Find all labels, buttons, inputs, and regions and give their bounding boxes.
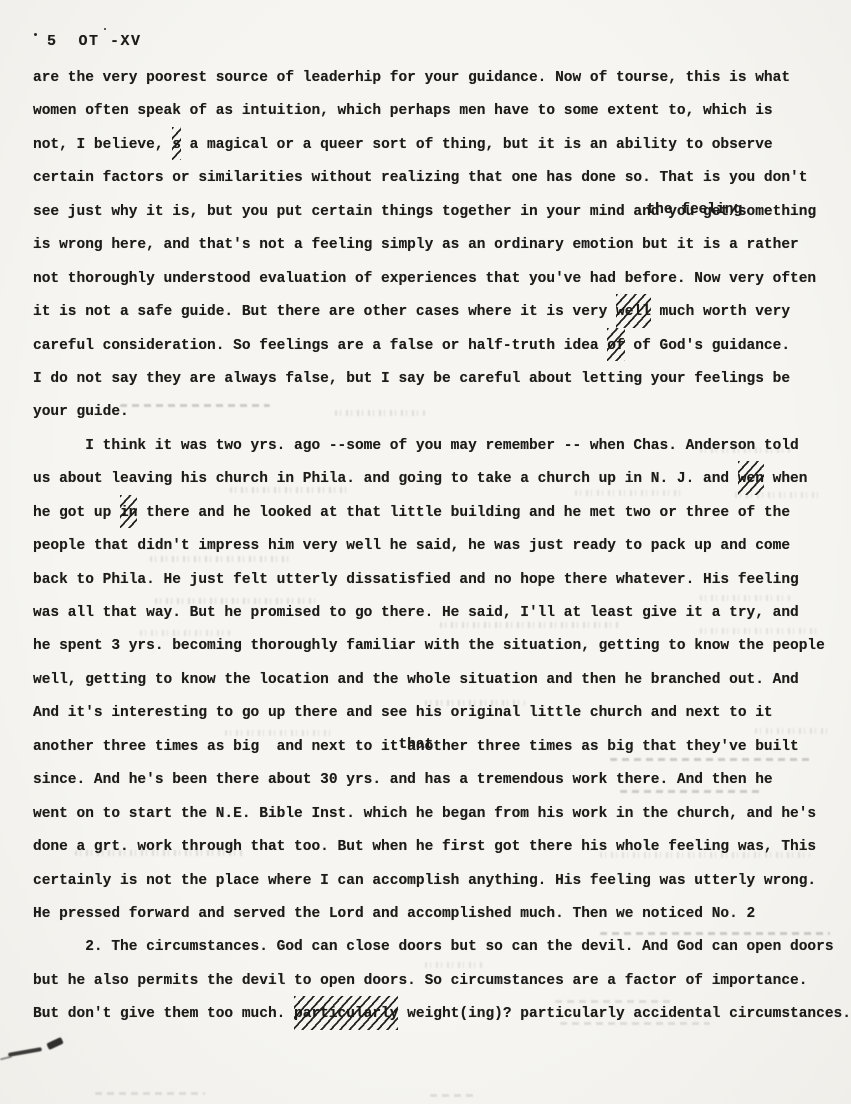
text-run: But don't give them too much. — [33, 1006, 294, 1022]
text-run: another three times as big and next to i… — [33, 739, 407, 755]
text-line: your guide. — [33, 396, 851, 429]
text-run: is wrong here, and that's not a feeling … — [33, 237, 799, 253]
text-line: well, getting to know the location and t… — [33, 664, 851, 697]
text-line: certainly is not the place where I can a… — [33, 865, 851, 898]
text-run: not thoroughly understood evaluation of … — [33, 271, 816, 287]
ink-speck — [34, 33, 37, 36]
text-run: are the very poorest source of leaderhip… — [33, 70, 790, 86]
page-header-label: 5 OT -XV — [47, 33, 142, 50]
struck-text: of — [607, 330, 624, 363]
text-run: much worth very — [651, 304, 790, 320]
text-line: But don't give them too much. particular… — [33, 998, 851, 1031]
text-run: since. And he's been there about 30 yrs.… — [33, 772, 773, 788]
show-through-smudge — [575, 490, 685, 496]
text-line: I do not say they are always false, but … — [33, 363, 851, 396]
text-run: another three times as big that they've … — [407, 739, 799, 755]
show-through-smudge — [335, 410, 425, 416]
text-run: I think it was two yrs. ago --some of yo… — [33, 438, 799, 454]
show-through-smudge — [155, 598, 315, 604]
show-through-smudge — [425, 962, 485, 968]
text-run: went on to start the N.E. Bible Inst. wh… — [33, 806, 816, 822]
text-line: he got up in there and he looked at that… — [33, 497, 851, 530]
text-line: done a grt. work through that too. But w… — [33, 831, 851, 864]
text-line: went on to start the N.E. Bible Inst. wh… — [33, 798, 851, 831]
text-run: your guide. — [33, 404, 129, 420]
text-line: certain factors or similarities without … — [33, 162, 851, 195]
show-through-smudge — [440, 622, 620, 628]
text-run: I do not say they are always false, but … — [33, 371, 790, 387]
text-run: us about leaving his church in Phila. an… — [33, 471, 738, 487]
text-run: see just why it is, but you put certain … — [33, 204, 729, 220]
text-line: careful consideration. So feelings are a… — [33, 330, 851, 363]
text-run: women often speak of as intuition, which… — [33, 103, 773, 119]
show-through-smudge — [755, 728, 830, 734]
text-line: women often speak of as intuition, which… — [33, 95, 851, 128]
show-through-smudge — [600, 932, 830, 935]
text-run: he spent 3 yrs. becoming thoroughly fami… — [33, 638, 825, 654]
show-through-smudge — [150, 556, 290, 562]
text-run: And it's interesting to go up there and … — [33, 705, 773, 721]
show-through-smudge — [230, 487, 350, 493]
text-run: certainly is not the place where I can a… — [33, 873, 816, 889]
text-run: but he also permits the devil to open do… — [33, 973, 807, 989]
show-through-smudge — [555, 1000, 675, 1003]
text-line: not, I believe, s a magical or a queer s… — [33, 129, 851, 162]
text-line: 2. The circumstances. God can close door… — [33, 931, 851, 964]
show-through-smudge — [600, 852, 810, 858]
show-through-smudge — [610, 758, 810, 761]
text-line: not thoroughly understood evaluation of … — [33, 263, 851, 296]
pencil-mark — [8, 1047, 42, 1057]
text-run: it is not a safe guide. But there are ot… — [33, 304, 616, 320]
text-run: a magical or a queer sort of thing, but … — [181, 137, 773, 153]
struck-text: in — [120, 497, 137, 530]
show-through-smudge — [225, 730, 335, 736]
text-run: there and he looked at that little build… — [137, 505, 790, 521]
text-line: He pressed forward and served the Lord a… — [33, 898, 851, 931]
show-through-smudge — [95, 1092, 205, 1095]
text-run: weight(ing)? particularly accidental cir… — [398, 1006, 850, 1022]
show-through-smudge — [425, 700, 525, 706]
text-line: but he also permits the devil to open do… — [33, 965, 851, 998]
document-body: are the very poorest source of leaderhip… — [33, 62, 851, 1032]
text-line: us about leaving his church in Phila. an… — [33, 463, 851, 496]
ink-speck — [104, 28, 106, 30]
show-through-smudge — [700, 447, 790, 453]
text-run: back to Phila. He just felt utterly diss… — [33, 572, 799, 588]
show-through-smudge — [120, 404, 270, 407]
show-through-smudge — [700, 595, 790, 601]
show-through-smudge — [140, 630, 230, 636]
pencil-mark — [0, 1056, 12, 1061]
text-run: careful consideration. So feelings are a… — [33, 338, 607, 354]
text-line: see just why it is, but you put certain … — [33, 196, 851, 229]
show-through-smudge — [700, 628, 820, 634]
text-run: he got up — [33, 505, 120, 521]
text-run: was all that way. But he promised to go … — [33, 605, 799, 621]
pencil-mark — [46, 1037, 63, 1050]
show-through-smudge — [75, 850, 245, 856]
show-through-smudge — [620, 790, 760, 793]
text-run: certain factors or similarities without … — [33, 170, 807, 186]
text-line: are the very poorest source of leaderhip… — [33, 62, 851, 95]
text-line: is wrong here, and that's not a feeling … — [33, 229, 851, 262]
text-run: well, getting to know the location and t… — [33, 672, 799, 688]
struck-text: s — [172, 129, 181, 162]
text-line: back to Phila. He just felt utterly diss… — [33, 564, 851, 597]
text-run: not, I believe, — [33, 137, 172, 153]
show-through-smudge — [735, 492, 820, 498]
text-line: it is not a safe guide. But there are ot… — [33, 296, 851, 329]
struck-text: well — [616, 296, 651, 329]
text-run: people that didn't impress him very well… — [33, 538, 790, 554]
struck-text: particularly — [294, 998, 398, 1031]
text-run: He pressed forward and served the Lord a… — [33, 906, 755, 922]
text-run: when — [764, 471, 808, 487]
show-through-smudge — [560, 1022, 710, 1025]
text-run: of God's guidance. — [625, 338, 790, 354]
text-run: 2. The circumstances. God can close door… — [33, 939, 834, 955]
show-through-smudge — [430, 1094, 475, 1097]
